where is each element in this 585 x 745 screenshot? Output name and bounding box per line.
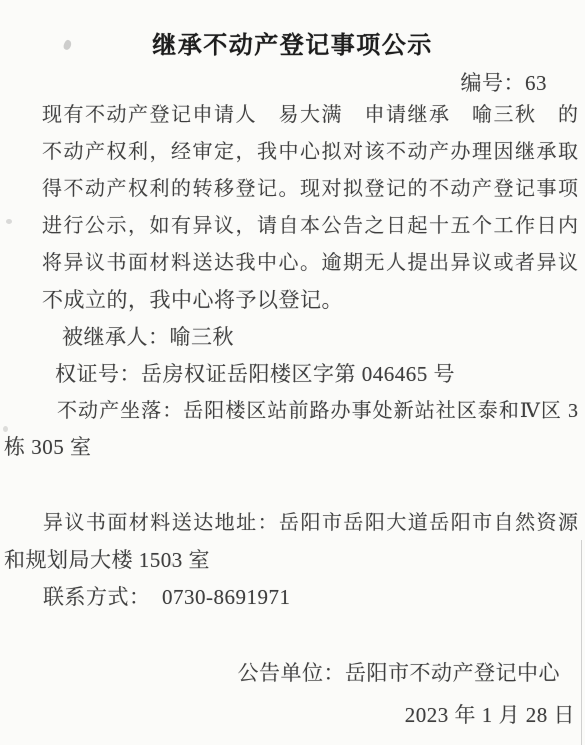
objection-address-line-2: 和规划局大楼 1503 室 — [4, 547, 210, 574]
certificate-line: 权证号：岳房权证岳阳楼区字第 046465 号 — [55, 361, 455, 388]
doc-number-label: 编号： — [461, 71, 526, 95]
paragraph-line: 将异议书面材料送达我中心。逾期无人提出异议或者异议 — [42, 250, 578, 277]
location-line-1: 不动产坐落：岳阳楼区站前路办事处新站社区泰和Ⅳ区 3 — [57, 398, 578, 425]
paragraph-line: 现有不动产登记申请人 易大满 申请继承 喻三秋 的 — [42, 102, 578, 129]
issuer-line: 公告单位：岳阳市不动产登记中心 — [238, 657, 561, 687]
paragraph-line: 得不动产权利的转移登记。现对拟登记的不动产登记事项 — [42, 176, 578, 203]
paragraph-line: 不成立的，我中心将予以登记。 — [42, 287, 343, 314]
scan-edge-line — [581, 540, 583, 745]
notice-title: 继承不动产登记事项公示 — [0, 25, 585, 60]
scan-artifact — [170, 562, 175, 566]
notice-page: 继承不动产登记事项公示 编号：63 现有不动产登记申请人 易大满 申请继承 喻三… — [0, 0, 585, 745]
paragraph-line: 进行公示，如有异议，请自本公告之日起十五个工作日内 — [42, 213, 578, 240]
objection-address-line-1: 异议书面材料送达地址：岳阳市岳阳大道岳阳市自然资源 — [43, 510, 578, 537]
doc-number-value: 63 — [525, 71, 547, 95]
scan-artifact — [3, 426, 8, 432]
location-line-2: 栋 305 室 — [4, 434, 92, 461]
decedent-line: 被继承人：喻三秋 — [62, 324, 234, 351]
contact-line: 联系方式： 0730-8691971 — [43, 584, 291, 611]
paragraph-line: 不动产权利，经审定，我中心拟对该不动产办理因继承取 — [42, 139, 578, 166]
doc-number: 编号：63 — [461, 67, 548, 97]
scan-artifact — [6, 219, 12, 224]
date-line: 2023 年 1 月 28 日 — [405, 699, 575, 729]
